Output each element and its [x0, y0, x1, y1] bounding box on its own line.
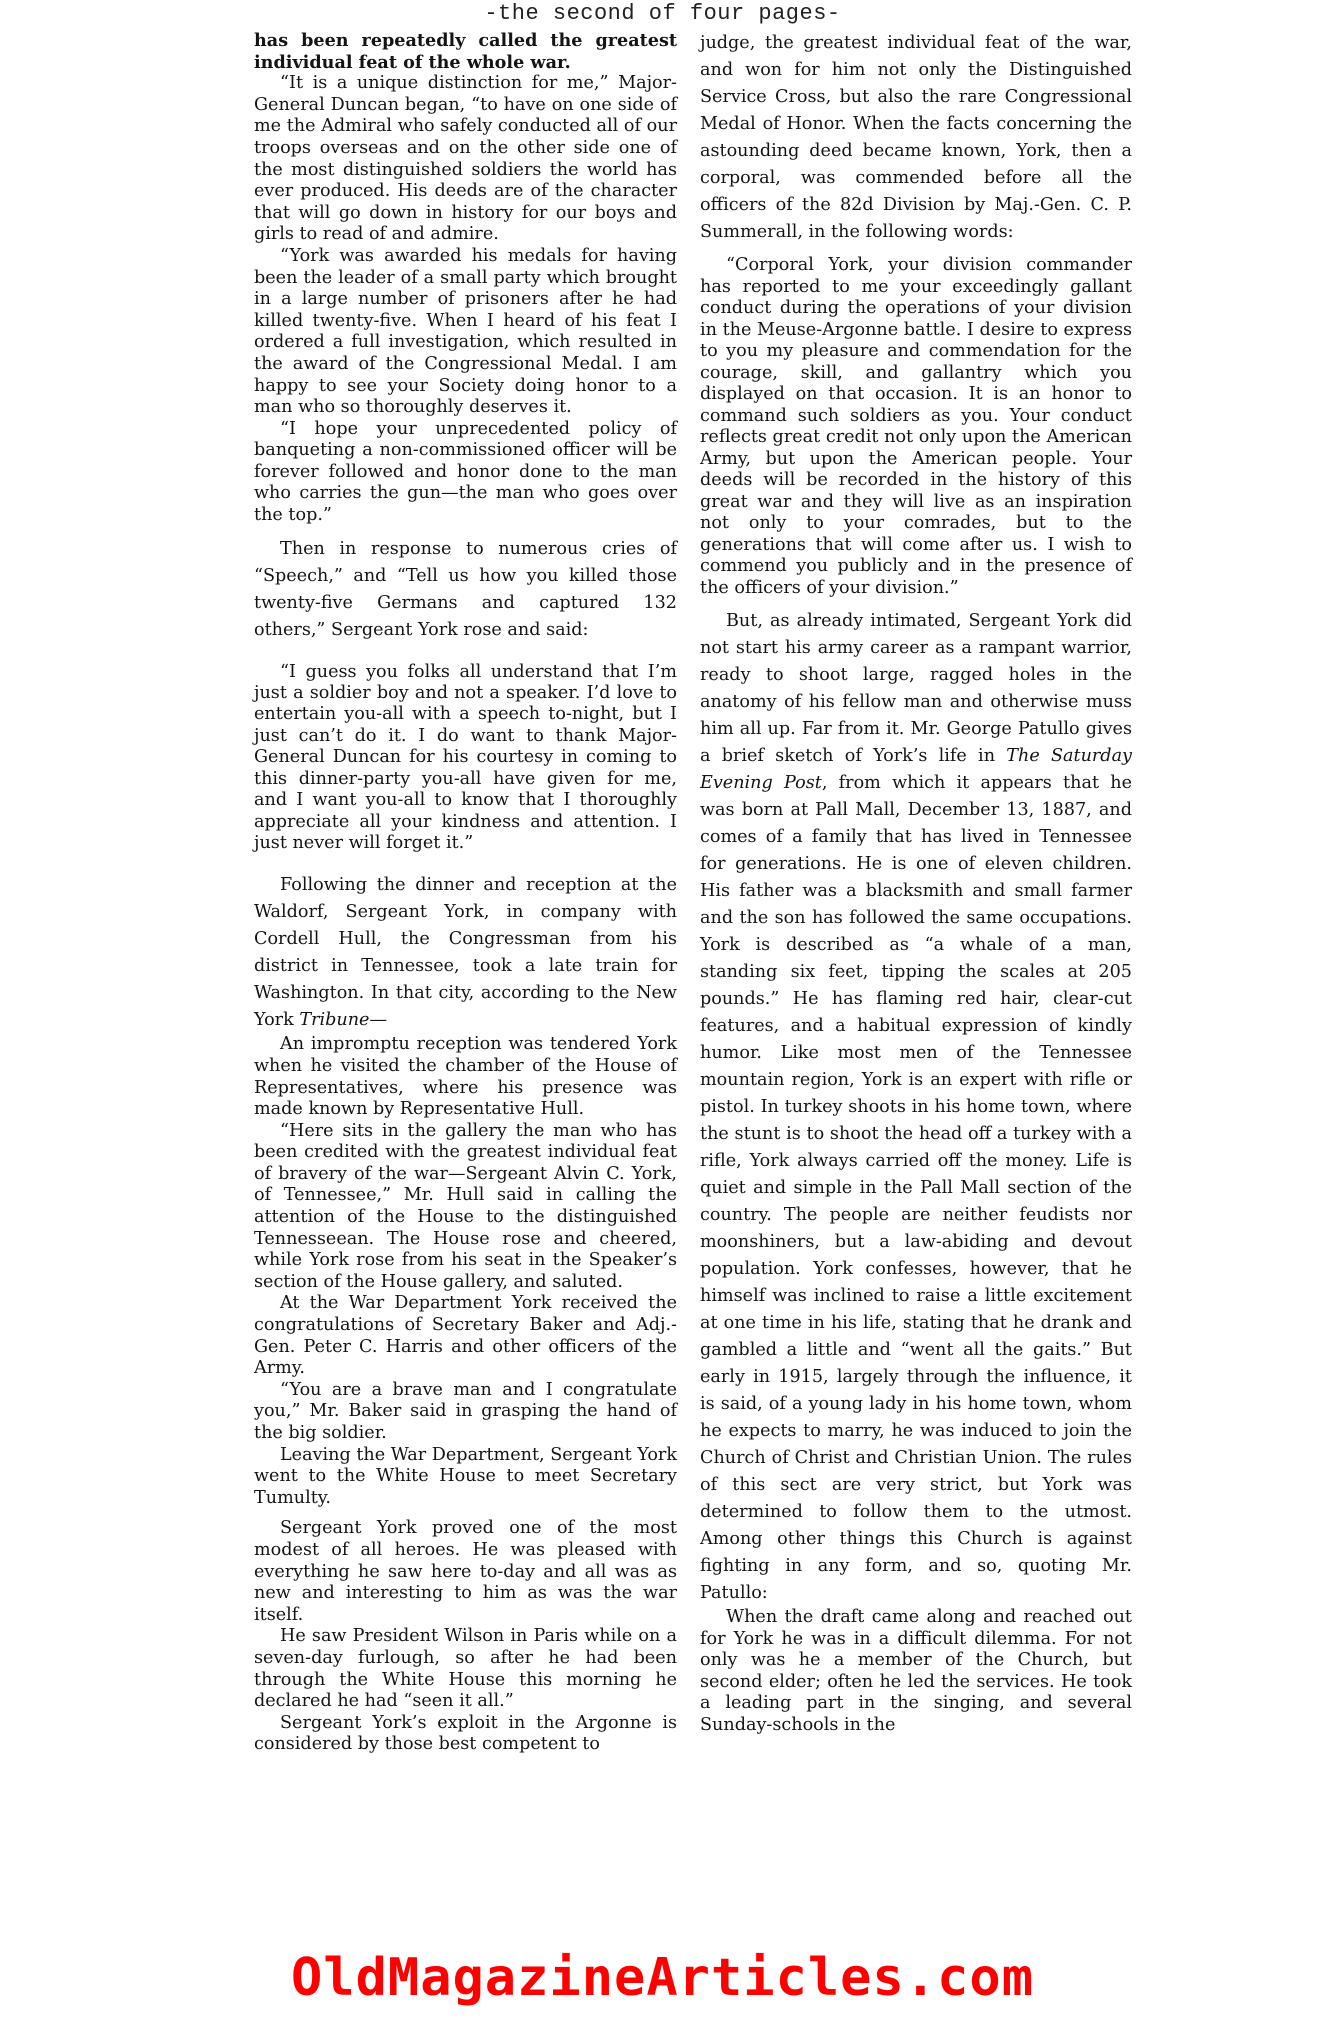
article-paragraph: Leaving the War Department, Sergeant Yor… — [254, 1445, 677, 1510]
site-watermark-brand: OldMagazineArticles.com — [0, 1948, 1325, 2008]
article-paragraph: At the War Department York received the … — [254, 1293, 677, 1379]
paragraph-text: , from which it appears that he was born… — [700, 773, 1132, 1603]
publication-name-tribune: Tribune — [299, 1010, 369, 1030]
article-paragraph: Sergeant York’s exploit in the Argonne i… — [254, 1713, 677, 1756]
article-paragraph: An impromptu reception was tendered York… — [254, 1034, 677, 1120]
article-paragraph: “You are a brave man and I congratulate … — [254, 1380, 677, 1445]
paragraph-text: — — [369, 1010, 387, 1030]
page-header-title: -the second of four pages- — [0, 0, 1325, 28]
quoted-excerpt-paragraph: When the draft came along and reached ou… — [700, 1607, 1132, 1736]
quoted-speech-paragraph: “I guess you folks all understand that I… — [254, 662, 677, 855]
article-paragraph: judge, the greatest individual feat of t… — [700, 30, 1132, 246]
article-paragraph: He saw President Wilson in Paris while o… — [254, 1626, 677, 1712]
article-paragraph: “Here sits in the gallery the man who ha… — [254, 1121, 677, 1294]
article-paragraph: “It is a unique distinction for me,” Maj… — [254, 73, 677, 246]
article-column-left: has been repeatedly called the greatest … — [254, 30, 677, 1756]
quoted-commendation-paragraph: “Corporal York, your division commander … — [700, 255, 1132, 599]
article-paragraph: Then in response to numerous cries of “S… — [254, 536, 677, 644]
article-paragraph: But, as already intimated, Sergeant York… — [700, 608, 1132, 1607]
article-paragraph: Following the dinner and reception at th… — [254, 872, 677, 1034]
paragraph-text: Following the dinner and reception at th… — [254, 875, 677, 1030]
paragraph-text: But, as already intimated, Sergeant York… — [700, 611, 1132, 766]
article-column-right: judge, the greatest individual feat of t… — [700, 30, 1132, 1736]
article-paragraph: Sergeant York proved one of the most mod… — [254, 1518, 677, 1626]
article-paragraph: has been repeatedly called the greatest … — [254, 30, 677, 73]
article-paragraph: “York was awarded his medals for having … — [254, 246, 677, 419]
article-paragraph: “I hope your unprecedented policy of ban… — [254, 419, 677, 527]
